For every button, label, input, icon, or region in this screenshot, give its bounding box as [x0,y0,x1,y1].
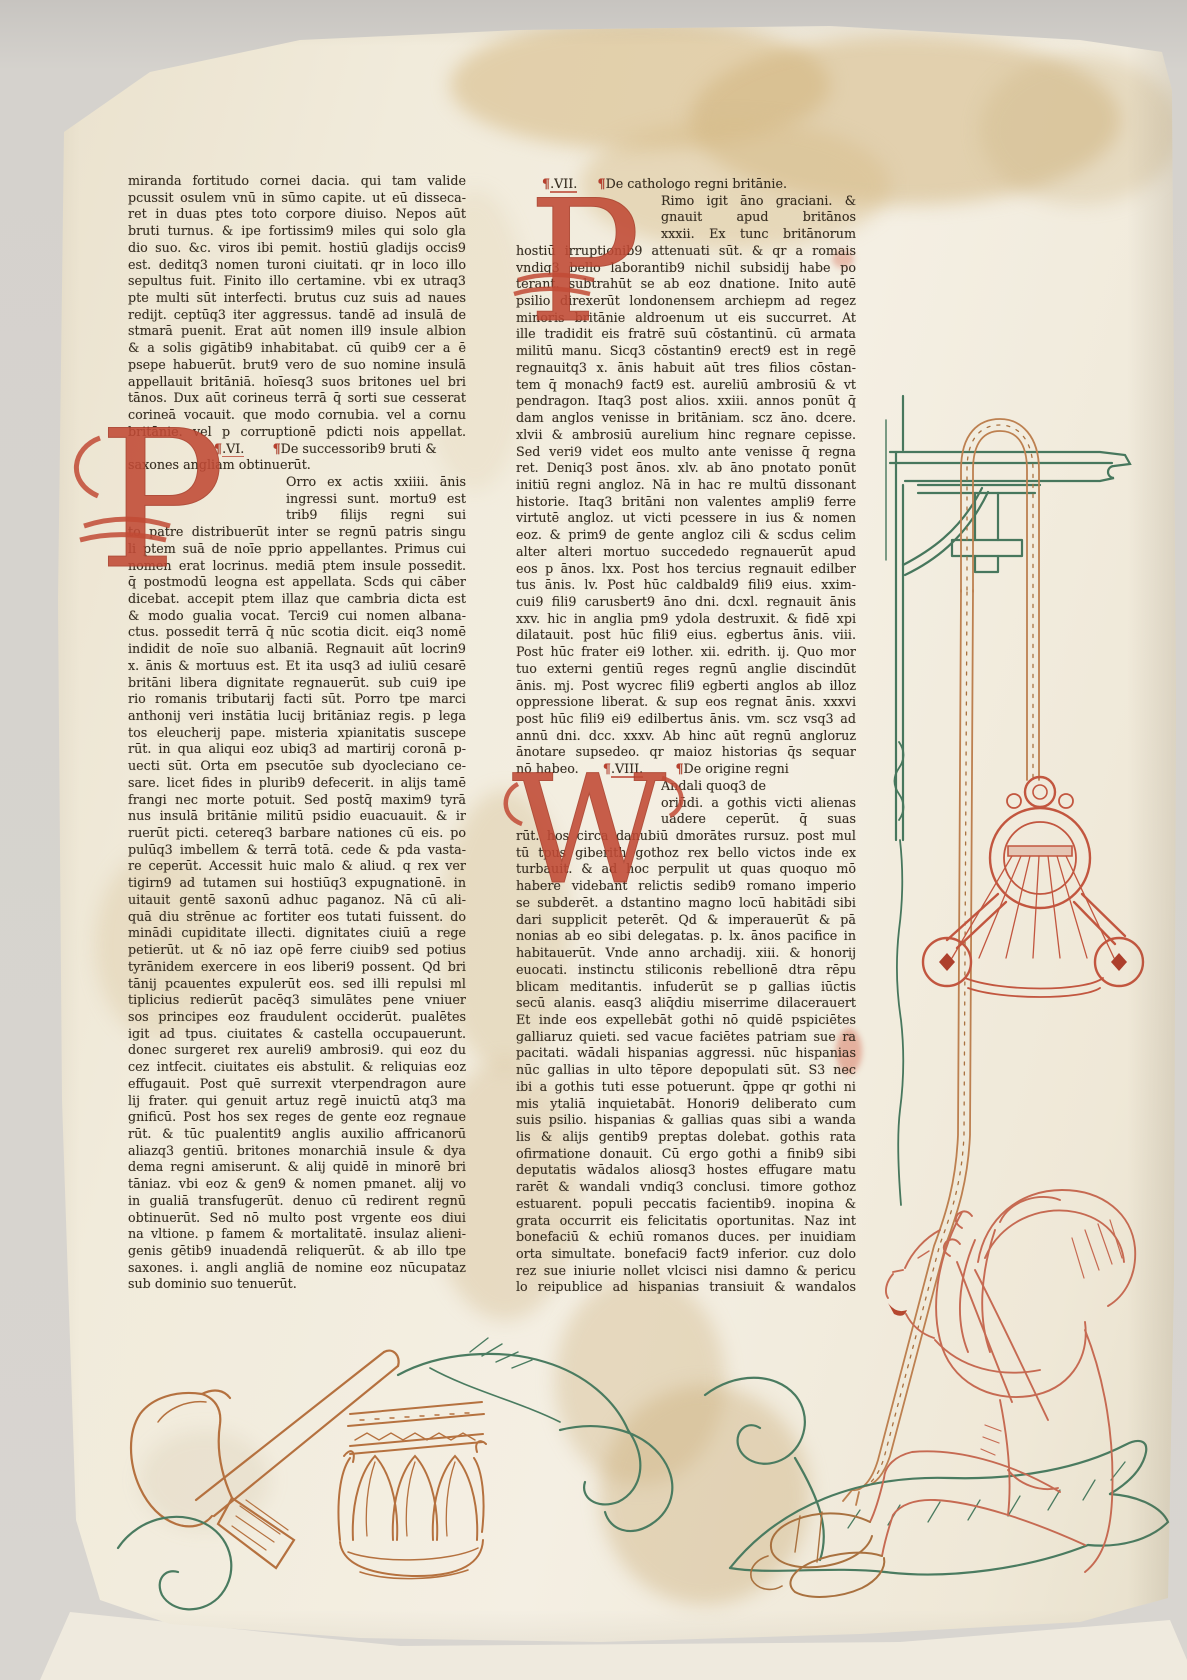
text-line: effugauit. Post quē surrexit vterpendrag… [128,1076,466,1093]
text-line: suis psilio. hispanias & gallias quas si… [516,1112,856,1129]
text-line: bonefaciū & echiū romanos duces. per inu… [516,1229,856,1246]
initial-P-chapter6: P [72,408,272,588]
text-line: alter alteri mortuo succededo regnauerūt… [516,544,856,561]
text-line: Rimo igit āno graciani. & deinceps. re- [661,193,856,210]
text-line: orta simultate. bonefaci9 fact9 inferior… [516,1246,856,1263]
text-line: sos principes eoz fraudulent occiderūt. … [128,1009,466,1026]
text-line: eos p ānos. lxx. Post hos tercius regnau… [516,561,856,578]
text-line: mis ytaliā inquietabāt. Honori9 delibera… [516,1096,856,1113]
text-line: bruti turnus. & ipe fortissim9 miles qui… [128,223,466,240]
text-line: post hūc fili9 ei9 edilbertus ānis. vm. … [516,711,856,728]
text-line: estuarent. populi peccatis facientib9. i… [516,1196,856,1213]
text-line: rez sue iniurie nollet vlcisci nisi damn… [516,1263,856,1280]
text-line: redijt. ceptūq3 iter aggressus. tandē ad… [128,307,466,324]
pilcrow-mark: ¶ [273,441,281,456]
pot-drawing [338,1402,486,1579]
text-line: euocati. instinctu stiliconis rebellionē… [516,962,856,979]
green-bracket-drawing [886,396,1130,1205]
text-line: na vltione. p famem & mortalitatē. insul… [128,1226,466,1243]
text-line: lis & alijs gentib9 preptas dolebat. got… [516,1129,856,1146]
svg-text:P: P [528,164,641,360]
text-line: nūc gallias in ulto tēpore depopulati sū… [516,1062,856,1079]
text-line: igit ad tpus. ciuitates & castella occup… [128,1026,466,1043]
text-line: tus ānis. lv. Post hūc caldbald9 fili9 e… [516,577,856,594]
text-line: pulūq3 imbellem & terrā totā. cede & pda… [128,842,466,859]
text-line: tāniaz. vbi eoz & gen9 & nomen pmanet. a… [128,1176,466,1193]
text-line: trib9 filijs regni sui heredib9. Qui sep… [286,507,466,524]
text-line: Orro ex actis xxiiii. ānis exquo insulam [286,474,466,491]
text-line: deputatis wādalos aliosq3 hostes effugar… [516,1162,856,1179]
text-line: eoz. & prim9 de gente angloz cili & scdu… [516,527,856,544]
text-line: xxxii. Ex tunc britānorum vires nimijs [661,226,856,243]
photographed-manuscript-leaf: miranda fortitudo cornei dacia. qui tam … [0,0,1187,1680]
text-line: miranda fortitudo cornei dacia. qui tam … [128,173,466,190]
text-line: dema regni amiserunt. & alij quidē in mi… [128,1159,466,1176]
text-line: re ceperūt. Accessit huic malo & aliud. … [128,858,466,875]
text-line: annū dni. dcc. xxxv. Ab hinc aūt regnū a… [516,728,856,745]
text-line: uitauit gentē saxonū adhuc paganoz. Nā c… [128,892,466,909]
text-line: gnificū. Post hos sex reges de gente eoz… [128,1109,466,1126]
text-line: anthonij veri instātia lucij britāniaz r… [128,708,466,725]
text-line: ret in duas ptes toto corpore diuiso. Ne… [128,206,466,223]
text-line: ruerūt picti. cetereq3 barbare nationes … [128,825,466,842]
text-line: Post hūc frater ei9 lother. xii. edrith.… [516,644,856,661]
text-line: est. deditq3 nomen turoni ciuitati. qr i… [128,257,466,274]
text-line: saxones. i. angli angliā de nomine eoz n… [128,1260,466,1277]
text-line: habitauerūt. Vnde anno archadij. xiii. &… [516,945,856,962]
text-line: tiplicius redierūt pacēq3 simulātes pene… [128,992,466,1009]
initial-P-chapter7: P [514,180,684,350]
text-line: appellauit britāniā. hoīesq3 suos briton… [128,374,466,391]
text-line: quā diu strēnue ac fortiter eos tutati f… [128,909,466,926]
text-line: lo reipublice ad hispanias transiuit & w… [516,1279,856,1296]
text-line: pte multi sūt interfecti. brutus cuz sui… [128,290,466,307]
text-line: grata occurrit eis felicitatis oportunit… [516,1213,856,1230]
text-line: tigirn9 ad tutamen sui hostiūq3 expugnat… [128,875,466,892]
text-line: lij frater. qui genuit artuz regē inuict… [128,1093,466,1110]
text-line: gnauit apud britānos maximus annis. [661,209,856,226]
text-line: ctus. possedit terrā q̄ nūc scotia dicit… [128,624,466,641]
text-line: dio suo. &c. viros ibi pemit. hostiū gla… [128,240,466,257]
text-line: nonias ab eo sibi delegatas. p. lx. ānos… [516,928,856,945]
boots-drawing [751,1512,884,1597]
text-line: Et inde eos expellebāt gothi nō quidē ps… [516,1012,856,1029]
text-line: aliazq3 gentiū. britones monarchiā insul… [128,1143,466,1160]
text-line: nus insulā britānie militū psidio euacua… [128,808,466,825]
text-line: tuo externi gentiū reges regnū anglie di… [516,661,856,678]
text-line: oppressione liberat. & sup eos regnat ān… [516,694,856,711]
text-line: secū alanis. easq3 aliq̄diu miserrime di… [516,995,856,1012]
text-line: tem q̄ monach9 fact9 est. aureliū ambros… [516,377,856,394]
text-line: rūt. in qua aliqui eoz ubiq3 ad martirij… [128,741,466,758]
text-line: ingressi sunt. mortu9 est brutus relicti… [286,491,466,508]
text-line: rarēt & wandali vndiq3 conclusi. timore … [516,1179,856,1196]
text-line: cez intfecit. ciuitates eis abstulit. & … [128,1059,466,1076]
text-line: stmarā puenit. Erat aūt nomen ill9 insul… [128,323,466,340]
text-line: rio romanis tributarij facti sūt. Porro … [128,691,466,708]
text-line: pcussit osulem vnū in sūmo capite. ut eū… [128,190,466,207]
text-line: x. ānis & mortuus est. Et ita usq3 ad iu… [128,658,466,675]
text-line: minādi cupiditate illecti. dignitates ci… [128,925,466,942]
left-text-column: miranda fortitudo cornei dacia. qui tam … [128,173,466,1293]
text-line: ānis. mj. Post wycrec fili9 egberti angl… [516,678,856,695]
text-line: tyrānidem exercere in eos liberi9 possen… [128,959,466,976]
text-line: Sed veri9 videt eos multo ante venisse q… [516,444,856,461]
text-line: xlvii & ambrosiū aurelium hinc regnare c… [516,427,856,444]
text-line: sare. licet fides in plurib9 defecerit. … [128,775,466,792]
text-line: frangi nec morte potuit. Sed postq̄ maxi… [128,792,466,809]
text-line: in gualiā transfugerūt. denuo cū rediren… [128,1193,466,1210]
hanging-device-drawing [923,777,1143,997]
text-line: psepe habuerūt. brut9 vero de suo nomine… [128,357,466,374]
svg-text:P: P [98,390,226,611]
text-line: ofirmatione donauit. Cū ergo gothi a fin… [516,1146,856,1163]
text-line: ibi a gothis tuti esse potuerunt. q̄ppe … [516,1079,856,1096]
text-line: petierūt. ut & nō iaz opē ferre ciuib9 s… [128,942,466,959]
text-line: indidit de noīe suo albaniā. Regnauit aū… [128,641,466,658]
svg-text:W: W [512,744,666,918]
text-line: tos eleucherij pape. misteria xpianitati… [128,725,466,742]
text-line: historie. Itaq3 britāni non valentes amp… [516,494,856,511]
manuscript-page: miranda fortitudo cornei dacia. qui tam … [0,0,1187,1680]
text-line: pacitati. wādali hispanias aggressi. nūc… [516,1045,856,1062]
text-line: donec surgeret rex aureli9 ambrosi9. qui… [128,1042,466,1059]
text-line: pendragon. Itaq3 post alios. xxiii. anno… [516,393,856,410]
axe-drawing [131,1351,399,1568]
text-line: ret. Deniq3 post ānos. xlv. ab āno pnota… [516,460,856,477]
text-line: virtutē angloz. ut victi pcessere in ius… [516,510,856,527]
text-line: sub dominio suo tenuerūt. [128,1276,466,1293]
text-line: blicam meditantis. infuderūt se p gallia… [516,979,856,996]
text-line: sepultus fuit. Finito illo certamine. vb… [128,273,466,290]
text-line: dilatauit. post hūc fili9 eius. egbertus… [516,627,856,644]
text-line: xxv. hic in anglia pm9 ydola destruxit. … [516,611,856,628]
text-line: galliaruz quieti. sed vacue faciētes pat… [516,1029,856,1046]
text-line: genis gētib9 inuadendā reliquerūt. & ab … [128,1243,466,1260]
initial-W-chapter8: W [512,744,702,914]
text-line: initiū regni angloz. Nā in hac re multū … [516,477,856,494]
text-line: regnauitq3 x. ānis habuit aūt tres filio… [516,360,856,377]
text-line: rūt. & tūc pualentit9 anglis auxilio aff… [128,1126,466,1143]
text-line: britāni libera dignitate regnauerūt. sub… [128,675,466,692]
text-line: uecti sūt. Orta em psecutōe sub dyocleci… [128,758,466,775]
text-line: tānij pcauentes expulerūt eos. sed illi … [128,976,466,993]
text-line: & a solis gigātib9 inhabitabat. cū quib9… [128,340,466,357]
text-line: dam anglos venisse in britāniam. scz āno… [516,410,856,427]
text-line: obtinuerūt. Sed nō multo post vrgente eo… [128,1210,466,1227]
text-line: cui9 fili9 carusbert9 āno dni. dcxl. reg… [516,594,856,611]
